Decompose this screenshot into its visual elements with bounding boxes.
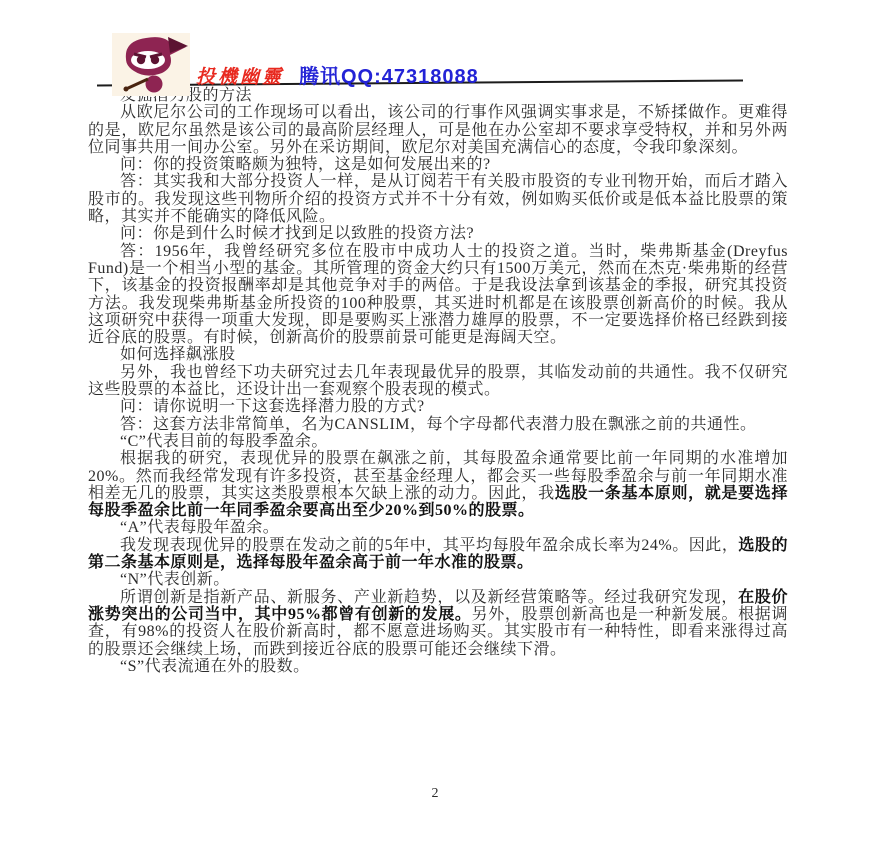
paragraph-letter-c: 根据我的研究，表现优异的股票在飙涨之前，其每股盈余通常要比前一年同期的水准增加2…: [88, 450, 788, 519]
subheading-select-stocks: 如何选择飙涨股: [88, 346, 788, 363]
heading-letter-c: “C”代表目前的每股季盈余。: [88, 433, 788, 450]
cartoon-ghost-logo-icon: [112, 33, 190, 96]
paragraph-research: 另外，我也曾经下功夫研究过去几年表现最优异的股票，其临发动前的共通性。我不仅研究…: [88, 364, 788, 399]
heading-letter-n: “N”代表创新。: [88, 571, 788, 588]
paragraph-letter-a-text: 我发现表现优异的股票在发动之前的5年中，其平均每股年盈余成长率为24%。因此，: [120, 537, 738, 554]
brand-text: 投機幽靈: [196, 62, 284, 89]
question-when: 问：你是到什么时候才找到足以致胜的投资方法?: [88, 225, 788, 242]
question-strategy: 问：你的投资策略颇为独特，这是如何发展出来的?: [88, 156, 788, 173]
heading-letter-a: “A”代表每股年盈余。: [88, 519, 788, 536]
page-footer: 2: [0, 786, 870, 802]
answer-strategy: 答：其实我和大部分投资人一样，是从订阅若干有关股市股资的专业刊物开始，而后才踏入…: [88, 173, 788, 225]
paragraph-letter-n-pre: 所谓创新是指新产品、新服务、产业新趋势，以及新经营策略等。经过我研究发现，: [120, 589, 738, 606]
question-explain: 问：请你说明一下这套选择潜力股的方式?: [88, 398, 788, 415]
answer-dreyfus: 答：1956年，我曾经研究多位在股市中成功人士的投资之道。当时，柴弗斯基金(Dr…: [88, 243, 788, 347]
document-page: 投機幽靈 腾讯QQ:47318088 发掘潜力股的方法 从欧尼尔公司的工作现场可…: [0, 0, 870, 842]
page-number: 2: [432, 786, 439, 801]
paragraph-oneil-office: 从欧尼尔公司的工作现场可以看出，该公司的行事作风强调实事求是，不矫揉做作。更难得…: [88, 104, 788, 156]
paragraph-letter-n: 所谓创新是指新产品、新服务、产业新趋势，以及新经营策略等。经过我研究发现，在股价…: [88, 589, 788, 658]
paragraph-letter-a: 我发现表现优异的股票在发动之前的5年中，其平均每股年盈余成长率为24%。因此，选…: [88, 537, 788, 572]
document-body: 发掘潜力股的方法 从欧尼尔公司的工作现场可以看出，该公司的行事作风强调实事求是，…: [88, 87, 788, 675]
heading-letter-s: “S”代表流通在外的股数。: [88, 658, 788, 675]
answer-canslim: 答：这套方法非常简单，名为CANSLIM，每个字母都代表潜力股在飘涨之前的共通性…: [88, 416, 788, 433]
page-title: 发掘潜力股的方法: [88, 87, 788, 104]
qq-contact-text: 腾讯QQ:47318088: [299, 60, 479, 89]
